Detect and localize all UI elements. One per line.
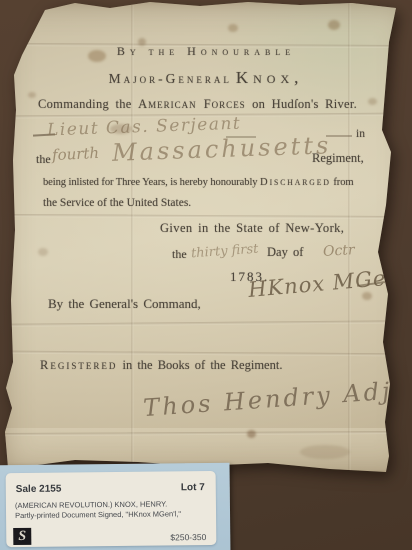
line3-part3: on Hudſon's River. xyxy=(246,97,357,111)
lot-label-inner: Sale 2155 Lot 7 (AMERICAN REVOLUTION.) K… xyxy=(6,471,217,547)
document-paper: By the Honourable Major-General Knox, Co… xyxy=(0,0,412,478)
printed-regiment: Regiment, xyxy=(312,151,364,166)
lot-label-card: Sale 2155 Lot 7 (AMERICAN REVOLUTION.) K… xyxy=(0,463,230,550)
line3-part1: Commanding the xyxy=(38,97,138,111)
lot-number: Lot 7 xyxy=(181,482,205,493)
auction-photo: By the Honourable Major-General Knox, Co… xyxy=(0,0,412,550)
sale-number: Sale 2155 xyxy=(16,484,62,495)
document-command-line: Commanding the American Forces on Hudſon… xyxy=(38,97,357,112)
estimate-price: $250-350 xyxy=(170,532,206,542)
regiment-number-handwritten: fourth xyxy=(52,144,100,164)
printed-in: in xyxy=(356,128,365,140)
date-day-of: Day of xyxy=(267,245,303,260)
heading-name-knox: Knox, xyxy=(236,68,304,87)
date-the: the xyxy=(172,247,187,262)
document-heading-line1: By the Honourable xyxy=(0,44,412,59)
heading-title: Major-General xyxy=(109,71,232,86)
body1-part1: being inlisted for Three Years, is hereb… xyxy=(43,176,260,188)
document-paper-shadow: By the Honourable Major-General Knox, Co… xyxy=(0,0,412,478)
document-heading-line2: Major-General Knox, xyxy=(0,68,412,88)
given-line: Given in the State of New-York, xyxy=(160,221,344,236)
registered-word: Registered xyxy=(40,358,117,372)
registered-rest: in the Books of the Regiment. xyxy=(117,358,282,372)
body1-part3: from xyxy=(331,176,354,188)
body-line1: being inlisted for Three Years, is hereb… xyxy=(43,176,354,188)
body1-discharged: Discharged xyxy=(260,176,331,188)
body-line2: the Service of the United States. xyxy=(43,197,191,209)
line3-part2: American Forces xyxy=(138,97,246,111)
registered-line: Registered in the Books of the Regiment. xyxy=(40,358,282,373)
date-month-handwritten: Octr xyxy=(323,242,355,260)
generals-command-line: By the General's Command, xyxy=(48,296,201,312)
auction-house-logo: S xyxy=(13,528,31,545)
lot-description-line2: Partly-printed Document Signed, "HKnox M… xyxy=(15,509,181,520)
logo-letter: S xyxy=(18,528,26,544)
printed-the: the xyxy=(36,152,51,167)
